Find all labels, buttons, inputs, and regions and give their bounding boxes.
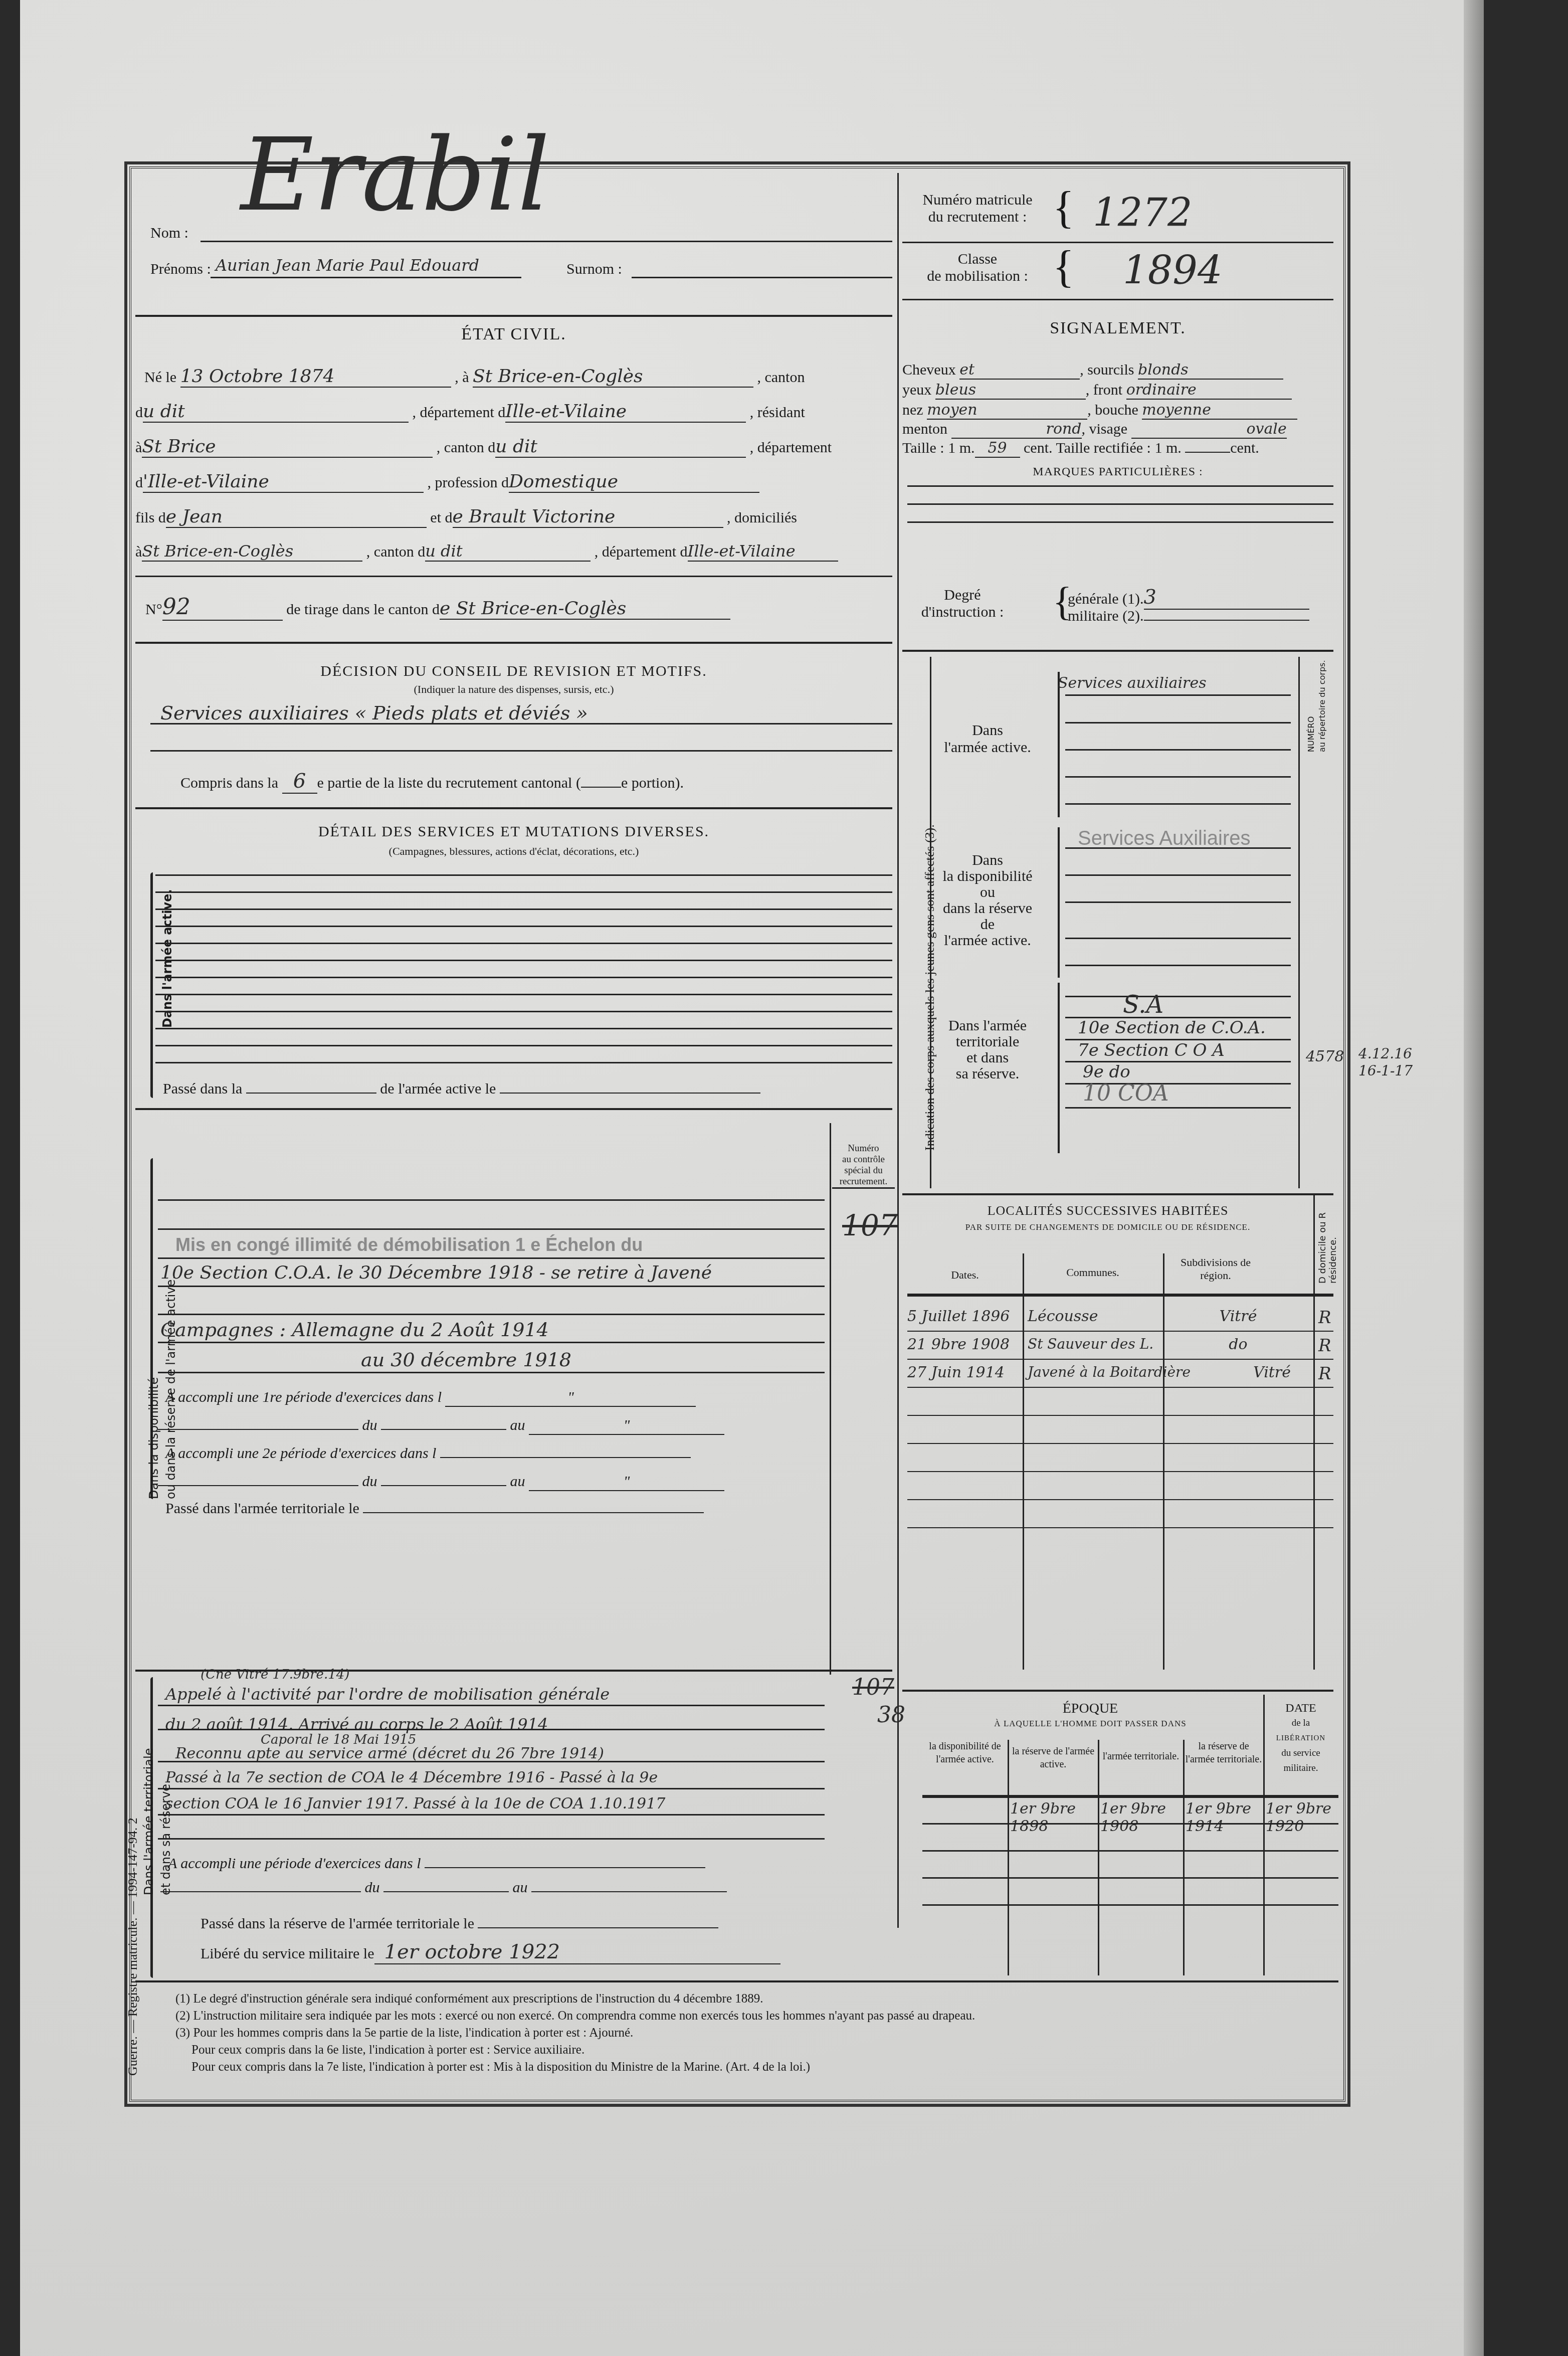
territoriale-periode-dates: du au bbox=[160, 1879, 727, 1896]
epoque-line bbox=[922, 1850, 1338, 1852]
corps-territoriale-value: 7e Section C O A bbox=[1078, 1040, 1225, 1060]
footnote-3c: Pour ceux compris dans la 7e liste, l'in… bbox=[175, 2059, 1328, 2076]
tirage-number: 92 bbox=[162, 594, 283, 621]
degre-generale: générale (1).3 bbox=[1068, 586, 1309, 610]
surnom-line bbox=[632, 277, 892, 278]
signalement-row-3: nez moyen, bouche moyenne bbox=[902, 401, 1338, 420]
page-edge bbox=[1464, 0, 1484, 2356]
footnotes: (1) Le degré d'instruction générale sera… bbox=[175, 1990, 1328, 2076]
brace bbox=[1058, 983, 1060, 1153]
degre-militaire: militaire (2). bbox=[1068, 608, 1309, 625]
repertoire-value: 4578 bbox=[1306, 1048, 1344, 1065]
divider bbox=[1298, 657, 1300, 1188]
localite-empty-row bbox=[907, 1388, 1333, 1416]
epoque-col-territoriale: l'armée territoriale. bbox=[1099, 1750, 1183, 1763]
localite-empty-row bbox=[907, 1416, 1333, 1444]
localites-table: 5 Juillet 1896 Lécousse Vitré R 21 9bre … bbox=[907, 1304, 1333, 1528]
prenoms-label: Prénoms : bbox=[150, 261, 211, 278]
epoque-value-territoriale: 1er 9bre 1908 bbox=[1100, 1800, 1183, 1835]
territoriale-line: du 2 août 1914. Arrivé au corps le 2 Aoû… bbox=[165, 1715, 548, 1734]
campagnes-line-2: au 30 décembre 1918 bbox=[361, 1349, 571, 1371]
surnom-label: Surnom : bbox=[566, 261, 622, 278]
dispo-line bbox=[158, 1372, 825, 1373]
signalement-title: SIGNALEMENT. bbox=[902, 319, 1333, 338]
campagnes-line-1: Campagnes : Allemagne du 2 Août 1914 bbox=[160, 1319, 549, 1341]
territoriale-note: (Cne Vitré 17.9bre.14) bbox=[201, 1667, 349, 1682]
divider bbox=[135, 807, 892, 809]
divider bbox=[1263, 1695, 1265, 1975]
nom-value: Erabil bbox=[241, 125, 550, 226]
epoque-col-reserve-active: la réserve de l'armée active. bbox=[1009, 1745, 1098, 1771]
decision-line bbox=[150, 750, 892, 752]
corps-line bbox=[1065, 901, 1291, 903]
corps-line bbox=[1065, 847, 1291, 849]
localite-row: 27 Juin 1914 Javené à la Boitardière Vit… bbox=[907, 1360, 1333, 1388]
territoriale-line: Appelé à l'activité par l'ordre de mobil… bbox=[165, 1685, 610, 1704]
prenoms-value: Aurian Jean Marie Paul Edouard bbox=[216, 256, 479, 275]
dispo-line bbox=[158, 1257, 825, 1259]
localite-row: 5 Juillet 1896 Lécousse Vitré R bbox=[907, 1304, 1333, 1332]
marques-title: MARQUES PARTICULIÈRES : bbox=[902, 465, 1333, 479]
territoriale-numero-1: 107 bbox=[852, 1675, 894, 1700]
corps-line bbox=[1065, 996, 1291, 997]
epoque-value-reserve-territoriale: 1er 9bre 1914 bbox=[1186, 1800, 1263, 1835]
brace bbox=[150, 872, 153, 1098]
decision-title: DÉCISION DU CONSEIL DE REVISION ET MOTIF… bbox=[135, 663, 892, 680]
epoque-line bbox=[922, 1877, 1338, 1879]
demobilisation-line: 10e Section C.O.A. le 30 Décembre 1918 -… bbox=[160, 1262, 712, 1283]
matricule-label: Numéro matriculedu recrutement : bbox=[902, 192, 1053, 226]
classe-label: Classede mobilisation : bbox=[902, 251, 1053, 285]
divider bbox=[1183, 1740, 1185, 1975]
detail-line bbox=[155, 1045, 892, 1046]
localite-row: 21 9bre 1908 St Sauveur des L. do R bbox=[907, 1332, 1333, 1360]
etat-civil-title: ÉTAT CIVIL. bbox=[135, 325, 892, 344]
marques-line bbox=[907, 503, 1333, 505]
epoque-col-disponibilite: la disponibilité de l'armée active. bbox=[922, 1740, 1008, 1766]
decision-line bbox=[150, 723, 892, 724]
detail-line bbox=[155, 909, 892, 910]
localite-empty-row bbox=[907, 1472, 1333, 1500]
detail-title: DÉTAIL DES SERVICES ET MUTATIONS DIVERSE… bbox=[135, 823, 892, 840]
dispo-line bbox=[158, 1314, 825, 1315]
etat-civil-row-4: d'Ille-et-Vilaine , profession dDomestiq… bbox=[135, 471, 892, 493]
footnote-3: (3) Pour les hommes compris dans la 5e p… bbox=[175, 2025, 1328, 2042]
detail-line bbox=[155, 1028, 892, 1029]
etat-civil-row-2: du dit , département dIlle-et-Vilaine , … bbox=[135, 401, 892, 423]
degre-label: Degréd'instruction : bbox=[912, 587, 1013, 621]
periode-1-dates: du au " bbox=[158, 1417, 724, 1435]
matricule-value: 1272 bbox=[1093, 191, 1193, 236]
detail-line bbox=[155, 874, 892, 876]
libere-date: 1er octobre 1922 bbox=[374, 1940, 780, 1964]
periode-2-row: A accompli une 2e période d'exercices da… bbox=[165, 1445, 691, 1462]
corps-territoriale-value: 10e Section de C.O.A. bbox=[1078, 1018, 1266, 1038]
divider bbox=[1008, 1740, 1009, 1975]
footnote-1: (1) Le degré d'instruction générale sera… bbox=[175, 1990, 1328, 2008]
header-rule bbox=[922, 1795, 1338, 1798]
margin-dates: 4.12.1616-1-17 bbox=[1358, 1045, 1413, 1079]
col-subdivisions: Subdivisions de région. bbox=[1168, 1256, 1263, 1282]
divider bbox=[902, 299, 1333, 300]
etat-civil-row-5: fils de Jean et de Brault Victorine , do… bbox=[135, 506, 892, 528]
footnote-2: (2) L'instruction militaire sera indiqué… bbox=[175, 2008, 1328, 2025]
detail-subtitle: (Campagnes, blessures, actions d'éclat, … bbox=[135, 845, 892, 858]
etat-civil-row-1: Né le 13 Octobre 1874 , à St Brice-en-Co… bbox=[139, 366, 896, 388]
demobilisation-stamp: Mis en congé illimité de démobilisation … bbox=[175, 1234, 643, 1255]
divider bbox=[135, 1108, 892, 1110]
detail-line bbox=[155, 943, 892, 944]
brace bbox=[1058, 672, 1060, 817]
etat-civil-row-6: àSt Brice-en-Coglès , canton du dit , dé… bbox=[135, 541, 892, 562]
passe-territoriale-row: Passé dans l'armée territoriale le bbox=[165, 1500, 704, 1517]
corps-active-value: Services auxiliaires bbox=[1058, 674, 1207, 692]
terr-line bbox=[158, 1705, 825, 1706]
nom-line bbox=[201, 241, 892, 242]
corps-line bbox=[1065, 694, 1291, 696]
divider bbox=[930, 657, 931, 1188]
brace bbox=[1058, 827, 1060, 978]
corps-line bbox=[1065, 803, 1291, 805]
signalement-row-1: Cheveux et, sourcils blonds bbox=[902, 361, 1338, 380]
passe-reserve-territoriale-row: Passé dans la réserve de l'armée territo… bbox=[201, 1915, 718, 1932]
epoque-col-reserve-territoriale: la réserve de l'armée territoriale. bbox=[1184, 1740, 1263, 1766]
corps-line bbox=[1065, 1107, 1291, 1109]
disponibilite-side-label: Dans la disponibilitéou dans la réserve … bbox=[145, 1276, 179, 1499]
corps-line bbox=[1065, 749, 1291, 751]
numero-repertoire-header: NUMÉROau répertoire du corps. bbox=[1306, 660, 1328, 752]
detail-line bbox=[155, 1011, 892, 1012]
birth-date: 13 Octobre 1874 bbox=[180, 366, 451, 388]
territoriale-line: section COA le 16 Janvier 1917. Passé à … bbox=[165, 1795, 665, 1813]
detail-line bbox=[155, 891, 892, 893]
localites-title: LOCALITÉS SUCCESSIVES HABITÉES bbox=[902, 1203, 1313, 1218]
classe-value: 1894 bbox=[1123, 248, 1223, 293]
corps-territoriale-value: 10 COA bbox=[1083, 1080, 1169, 1106]
signalement-row-2: yeux bleus, front ordinaire bbox=[902, 381, 1338, 400]
epoque-value-reserve-active: 1er 9bre 1898 bbox=[1010, 1800, 1098, 1835]
dispo-line bbox=[158, 1228, 825, 1230]
signalement-row-5: Taille : 1 m.59 cent. Taille rectifiée :… bbox=[902, 439, 1338, 458]
epoque-line bbox=[922, 1823, 1338, 1825]
detail-line bbox=[155, 977, 892, 978]
corps-line bbox=[1065, 722, 1291, 723]
tirage-row: N°92 de tirage dans le canton de St Bric… bbox=[145, 594, 892, 621]
divider bbox=[1098, 1740, 1099, 1975]
libere-row: Libéré du service militaire le1er octobr… bbox=[201, 1940, 780, 1964]
signalement-row-4: menton rond, visage ovale bbox=[902, 420, 1338, 439]
services-auxiliaires-stamp: Services Auxiliaires bbox=[1078, 827, 1251, 850]
corps-line bbox=[1065, 874, 1291, 876]
periode-1-row: A accompli une 1re période d'exercices d… bbox=[165, 1389, 696, 1407]
header-rule bbox=[907, 1294, 1333, 1297]
col-domicile-residence: D domicile ou R résidence. bbox=[1317, 1183, 1338, 1284]
etat-civil-row-3: àSt Brice , canton du dit , département bbox=[135, 436, 892, 458]
divider bbox=[135, 315, 892, 317]
divider bbox=[902, 242, 1333, 243]
periode-2-dates: du au " bbox=[158, 1473, 724, 1491]
terr-line bbox=[158, 1788, 825, 1789]
epoque-subtitle: À LAQUELLE L'HOMME DOIT PASSER DANS bbox=[917, 1719, 1263, 1729]
detail-line bbox=[155, 926, 892, 927]
liberation-header: DATE de la LIBÉRATION du service militai… bbox=[1266, 1701, 1336, 1776]
column-divider bbox=[897, 173, 899, 1928]
footnote-3b: Pour ceux compris dans la 6e liste, l'in… bbox=[175, 2042, 1328, 2059]
marques-line bbox=[907, 521, 1333, 523]
nom-label: Nom : bbox=[150, 225, 188, 242]
corps-territoriale-label: Dans l'arméeterritorialeet danssa réserv… bbox=[937, 1018, 1038, 1082]
dispo-line bbox=[158, 1199, 825, 1201]
dispo-line bbox=[158, 1286, 825, 1287]
divider bbox=[135, 1980, 1338, 1982]
detail-line bbox=[155, 994, 892, 995]
epoque-line bbox=[922, 1904, 1338, 1906]
territoriale-numero-2: 38 bbox=[877, 1702, 905, 1728]
birth-place: St Brice-en-Coglès bbox=[473, 366, 753, 388]
compris-row: Compris dans la 6e partie de la liste du… bbox=[180, 770, 684, 794]
terr-line bbox=[158, 1814, 825, 1816]
terr-line bbox=[158, 1729, 825, 1730]
divider bbox=[902, 1193, 1333, 1195]
corps-dispo-label: Dansla disponibilitéoudans la réservedel… bbox=[937, 852, 1038, 949]
terr-line bbox=[158, 1761, 825, 1762]
col-dates: Dates. bbox=[907, 1268, 1023, 1282]
numero-controle-value: 107 bbox=[842, 1208, 898, 1242]
prenoms-line bbox=[211, 277, 521, 278]
col-communes: Communes. bbox=[1023, 1266, 1163, 1279]
divider bbox=[135, 642, 892, 644]
marques-line bbox=[907, 485, 1333, 487]
numero-column-divider bbox=[830, 1123, 831, 1675]
divider bbox=[902, 650, 1333, 652]
localite-empty-row bbox=[907, 1444, 1333, 1472]
detail-line bbox=[155, 1062, 892, 1063]
corps-territoriale-value: S.A bbox=[1123, 991, 1163, 1019]
terr-line bbox=[158, 1838, 825, 1840]
corps-line bbox=[1065, 776, 1291, 778]
territoriale-line: Reconnu apte au service armé (décret du … bbox=[175, 1745, 604, 1762]
epoque-title: ÉPOQUE bbox=[917, 1701, 1263, 1717]
passe-active-row: Passé dans la de l'armée active le bbox=[163, 1080, 760, 1098]
corps-line bbox=[1065, 938, 1291, 939]
decision-subtitle: (Indiquer la nature des dispenses, sursi… bbox=[135, 683, 892, 696]
corps-territoriale-value: 9e do bbox=[1083, 1062, 1130, 1082]
numero-controle-header: Numéroau contrôlespécial durecrutement. bbox=[832, 1143, 895, 1187]
corps-line bbox=[1065, 965, 1291, 966]
corps-active-label: Dansl'armée active. bbox=[937, 722, 1038, 756]
territoriale-periode-row: A accompli une période d'exercices dans … bbox=[168, 1855, 705, 1872]
localites-subtitle: PAR SUITE DE CHANGEMENTS DE DOMICILE OU … bbox=[902, 1222, 1313, 1232]
dispo-line bbox=[158, 1342, 825, 1343]
territoriale-line: Passé à la 7e section de COA le 4 Décemb… bbox=[165, 1769, 658, 1786]
decision-value: Services auxiliaires « Pieds plats et dé… bbox=[160, 702, 588, 724]
divider bbox=[902, 1690, 1333, 1692]
liberation-value: 1er 9bre 1920 bbox=[1266, 1800, 1338, 1835]
divider bbox=[135, 576, 892, 577]
numero-header-rule bbox=[832, 1187, 895, 1189]
detail-line bbox=[155, 960, 892, 961]
localite-empty-row bbox=[907, 1500, 1333, 1528]
